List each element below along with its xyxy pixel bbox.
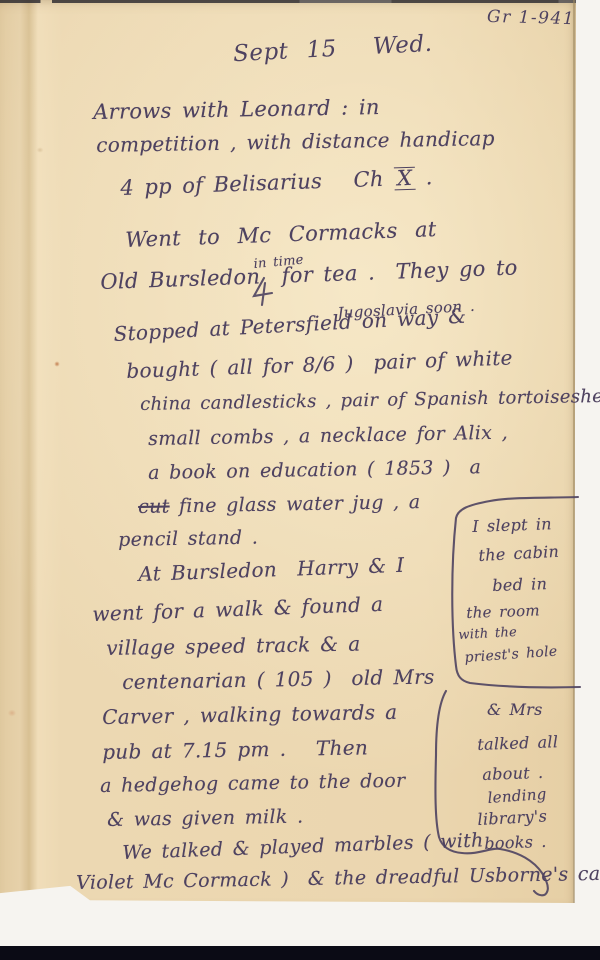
handwritten-line: Carver , walking towards a bbox=[102, 700, 398, 729]
library-note-line: library's bbox=[477, 806, 548, 829]
cabin-bed-note-line: with the bbox=[458, 625, 518, 643]
library-note-line: about . bbox=[482, 763, 544, 784]
diary-page-scan: Gr 1-941 Sept 15 Wed. Arrows with Leonar… bbox=[0, 0, 600, 960]
handwritten-line: pub at 7.15 pm . Then bbox=[102, 735, 368, 764]
library-note-line: books . bbox=[484, 832, 547, 853]
page-right-edge bbox=[573, 0, 575, 903]
cabin-bed-note-line: the room bbox=[466, 601, 540, 622]
handwritten-line: pencil stand . bbox=[118, 527, 258, 551]
handwritten-line: Arrows with Leonard : in bbox=[93, 95, 380, 124]
cabin-bed-note-line: bed in bbox=[492, 574, 547, 595]
scan-bottom-band bbox=[0, 946, 600, 960]
handwritten-line: & was given milk . bbox=[107, 806, 304, 831]
library-note-line: talked all bbox=[477, 732, 559, 754]
cabin-bed-note-line: I slept in bbox=[472, 514, 552, 536]
archive-code: Gr 1-941 bbox=[487, 7, 576, 29]
handwritten-line: village speed track & a bbox=[106, 632, 361, 660]
library-note-line: & Mrs bbox=[487, 700, 543, 719]
page-top-edge bbox=[0, 0, 576, 3]
